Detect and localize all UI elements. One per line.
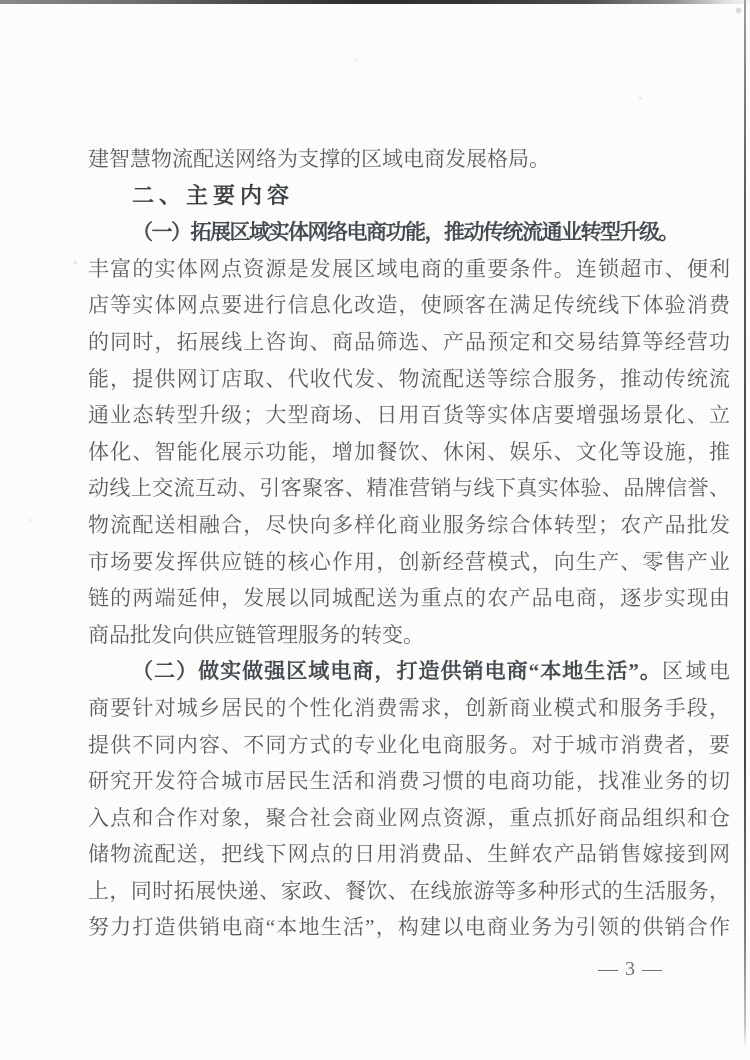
text-line: 提供不同内容、不同方式的专业化电商服务。对于城市消费者，要 (88, 727, 730, 764)
lead-sentence: （一）拓展区域实体网络电商功能，推动传统流通业转型升级。 (132, 220, 678, 244)
text-line: 动线上交流互动、引客聚客、精准营销与线下真实体验、品牌信誉、 (88, 470, 730, 507)
scan-top-edge-artifact (0, 0, 750, 4)
body-text: 店等实体网点要进行信息化改造，使顾客在满足传统线下体验消费 (88, 293, 730, 317)
text-line: 店等实体网点要进行信息化改造，使顾客在满足传统线下体验消费 (88, 287, 730, 324)
body-text: 入点和合作对象，聚合社会商业网点资源，重点抓好商品组织和仓 (88, 806, 730, 830)
body-text: 研究开发符合城市居民生活和消费习惯的电商功能，找准业务的切 (88, 769, 730, 793)
text-line: 建智慧物流配送网络为支撑的区域电商发展格局。 (88, 141, 730, 178)
page-number: — 3 — (598, 958, 663, 981)
body-text: 能，提供网订店取、代收代发、物流配送等综合服务，推动传统流 (88, 367, 730, 391)
text-line: 丰富的实体网点资源是发展区域电商的重要条件。连锁超市、便利 (88, 251, 730, 288)
scan-speckles (0, 0, 1, 1)
body-text: 建智慧物流配送网络为支撑的区域电商发展格局。 (88, 147, 550, 171)
body-text: 市场要发挥供应链的核心作用，创新经营模式，向生产、零售产业 (88, 550, 730, 574)
text-line: 能，提供网订店取、代收代发、物流配送等综合服务，推动传统流 (88, 361, 730, 398)
body-text: 商品批发向供应链管理服务的转变。 (88, 623, 424, 647)
text-line: （二）做实做强区域电商，打造供销电商“本地生活”。区域电 (88, 653, 730, 690)
text-line: 二、主要内容 (88, 178, 730, 215)
text-line: 的同时，拓展线上咨询、商品筛选、产品预定和交易结算等经营功 (88, 324, 730, 361)
document-body: 建智慧物流配送网络为支撑的区域电商发展格局。二、主要内容（一）拓展区域实体网络电… (88, 141, 730, 946)
body-text: 体化、智能化展示功能，增加餐饮、休闲、娱乐、文化等设施，推 (88, 440, 730, 464)
text-line: 研究开发符合城市居民生活和消费习惯的电商功能，找准业务的切 (88, 763, 730, 800)
body-text: 丰富的实体网点资源是发展区域电商的重要条件。连锁超市、便利 (88, 257, 730, 281)
lead-sentence: （二）做实做强区域电商，打造供销电商“本地生活”。 (132, 659, 662, 683)
body-text: 区域电 (662, 659, 730, 683)
body-text: 商要针对城乡居民的个性化消费需求，创新商业模式和服务手段， (88, 696, 730, 720)
body-text: 提供不同内容、不同方式的专业化电商服务。对于城市消费者，要 (88, 733, 730, 757)
text-line: 商要针对城乡居民的个性化消费需求，创新商业模式和服务手段， (88, 690, 730, 727)
body-text: 的同时，拓展线上咨询、商品筛选、产品预定和交易结算等经营功 (88, 330, 730, 354)
body-text: 上，同时拓展快递、家政、餐饮、在线旅游等多种形式的生活服务， (88, 879, 730, 903)
body-text: 物流配送相融合，尽快向多样化商业服务综合体转型；农产品批发 (88, 513, 730, 537)
text-line: 链的两端延伸，发展以同城配送为重点的农产品电商，逐步实现由 (88, 580, 730, 617)
text-line: 入点和合作对象，聚合社会商业网点资源，重点抓好商品组织和仓 (88, 800, 730, 837)
body-text: 动线上交流互动、引客聚客、精准营销与线下真实体验、品牌信誉、 (88, 476, 730, 500)
text-line: 努力打造供销电商“本地生活”，构建以电商业务为引领的供销合作 (88, 909, 730, 946)
scan-right-edge-artifact (744, 0, 746, 1048)
text-line: 上，同时拓展快递、家政、餐饮、在线旅游等多种形式的生活服务， (88, 873, 730, 910)
text-line: 体化、智能化展示功能，增加餐饮、休闲、娱乐、文化等设施，推 (88, 434, 730, 471)
body-text: 通业态转型升级；大型商场、日用百货等实体店要增强场景化、立 (88, 403, 730, 427)
text-line: 储物流配送，把线下网点的日用消费品、生鲜农产品销售嫁接到网 (88, 836, 730, 873)
body-text: 努力打造供销电商“本地生活”，构建以电商业务为引领的供销合作 (88, 915, 730, 939)
text-line: 物流配送相融合，尽快向多样化商业服务综合体转型；农产品批发 (88, 507, 730, 544)
document-page: 建智慧物流配送网络为支撑的区域电商发展格局。二、主要内容（一）拓展区域实体网络电… (0, 0, 750, 1060)
body-text: 储物流配送，把线下网点的日用消费品、生鲜农产品销售嫁接到网 (88, 842, 730, 866)
text-line: （一）拓展区域实体网络电商功能，推动传统流通业转型升级。 (88, 214, 730, 251)
text-line: 商品批发向供应链管理服务的转变。 (88, 617, 730, 654)
section-heading: 二、主要内容 (132, 183, 294, 208)
text-line: 市场要发挥供应链的核心作用，创新经营模式，向生产、零售产业 (88, 544, 730, 581)
text-line: 通业态转型升级；大型商场、日用百货等实体店要增强场景化、立 (88, 397, 730, 434)
body-text: 链的两端延伸，发展以同城配送为重点的农产品电商，逐步实现由 (88, 586, 730, 610)
